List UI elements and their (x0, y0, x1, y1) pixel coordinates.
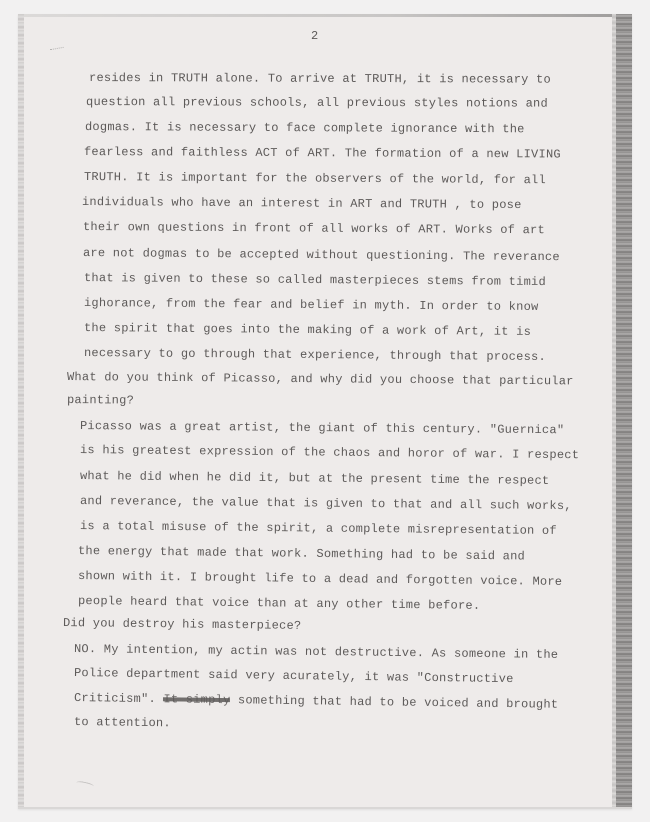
answer-text-line: fearless and faithless ACT of ART. The f… (84, 146, 561, 160)
interview-question-line: Did you destroy his masterpiece? (63, 617, 302, 632)
line-text: resides in TRUTH alone. To arrive at TRU… (89, 71, 551, 87)
line-text: dogmas. It is necessary to face complete… (85, 120, 525, 136)
page-edge-left (18, 14, 24, 809)
page-edge-bottom (18, 807, 632, 809)
answer-text-line: individuals who have an interest in ART … (82, 196, 522, 211)
struck-out-text: It simply (163, 692, 230, 707)
page-edge-top (18, 14, 632, 17)
pencil-mark (50, 47, 64, 53)
answer-text-line: TRUTH. It is important for the observers… (84, 171, 546, 186)
line-text: fearless and faithless ACT of ART. The f… (84, 145, 561, 161)
page-edge-right-shadow (616, 14, 632, 809)
interview-question-line: painting? (67, 394, 134, 407)
stray-mark (76, 780, 95, 789)
answer-text-line: ighorance, from the fear and belief in m… (84, 297, 539, 313)
answer-text-line: dogmas. It is necessary to face complete… (85, 121, 525, 135)
answer-text-line: their own questions in front of all work… (83, 221, 545, 236)
line-text: Criticism". (74, 691, 156, 706)
line-text: question all previous schools, all previ… (86, 95, 548, 111)
line-text: to attention. (74, 715, 171, 730)
line-text: painting? (67, 393, 134, 408)
line-text: Did you destroy his masterpiece? (63, 616, 302, 633)
answer-text-line: to attention. (74, 716, 171, 729)
answer-text-line: resides in TRUTH alone. To arrive at TRU… (89, 72, 551, 86)
answer-text-line: question all previous schools, all previ… (86, 96, 548, 110)
answer-text-line: the spirit that goes into the making of … (84, 322, 531, 338)
page-number: 2 (311, 30, 318, 42)
